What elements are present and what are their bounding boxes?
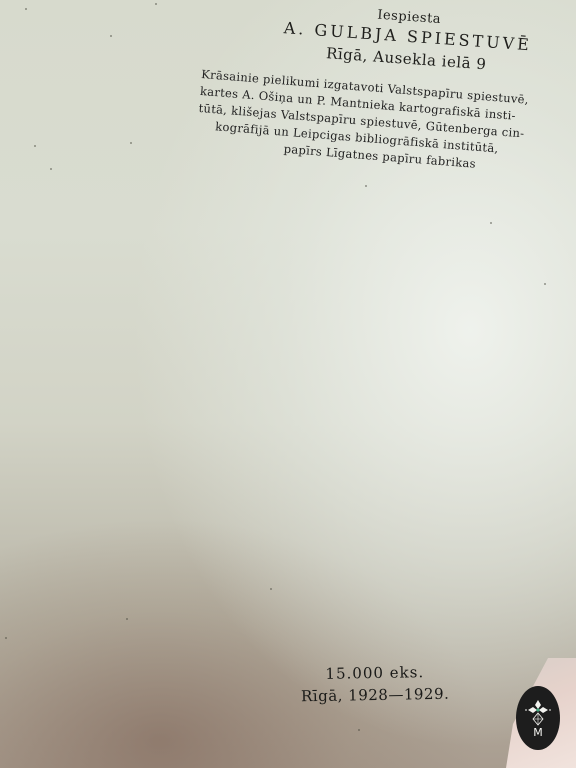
paper-speck: [34, 145, 36, 147]
paper-speck: [5, 637, 7, 639]
paper-speck: [155, 3, 157, 5]
paper-speck: [544, 283, 546, 285]
paper-speck: [270, 588, 272, 590]
paper-speck: [358, 729, 360, 731]
paper-speck: [130, 142, 132, 144]
floral-monogram-icon: M: [523, 696, 553, 740]
paper-speck: [25, 8, 27, 10]
colophon: 15.000 eks. Rīgā, 1928—1929.: [290, 663, 461, 706]
paper-speck: [110, 35, 112, 37]
paper-speck: [50, 168, 52, 170]
watermark-badge: M: [516, 686, 560, 750]
svg-text:M: M: [533, 726, 543, 739]
paper-speck: [126, 618, 128, 620]
paper-speck: [365, 185, 367, 187]
paper-speck: [490, 222, 492, 224]
print-run: 15.000 eks.: [290, 663, 460, 684]
place-and-year: Rīgā, 1928—1929.: [290, 685, 460, 706]
